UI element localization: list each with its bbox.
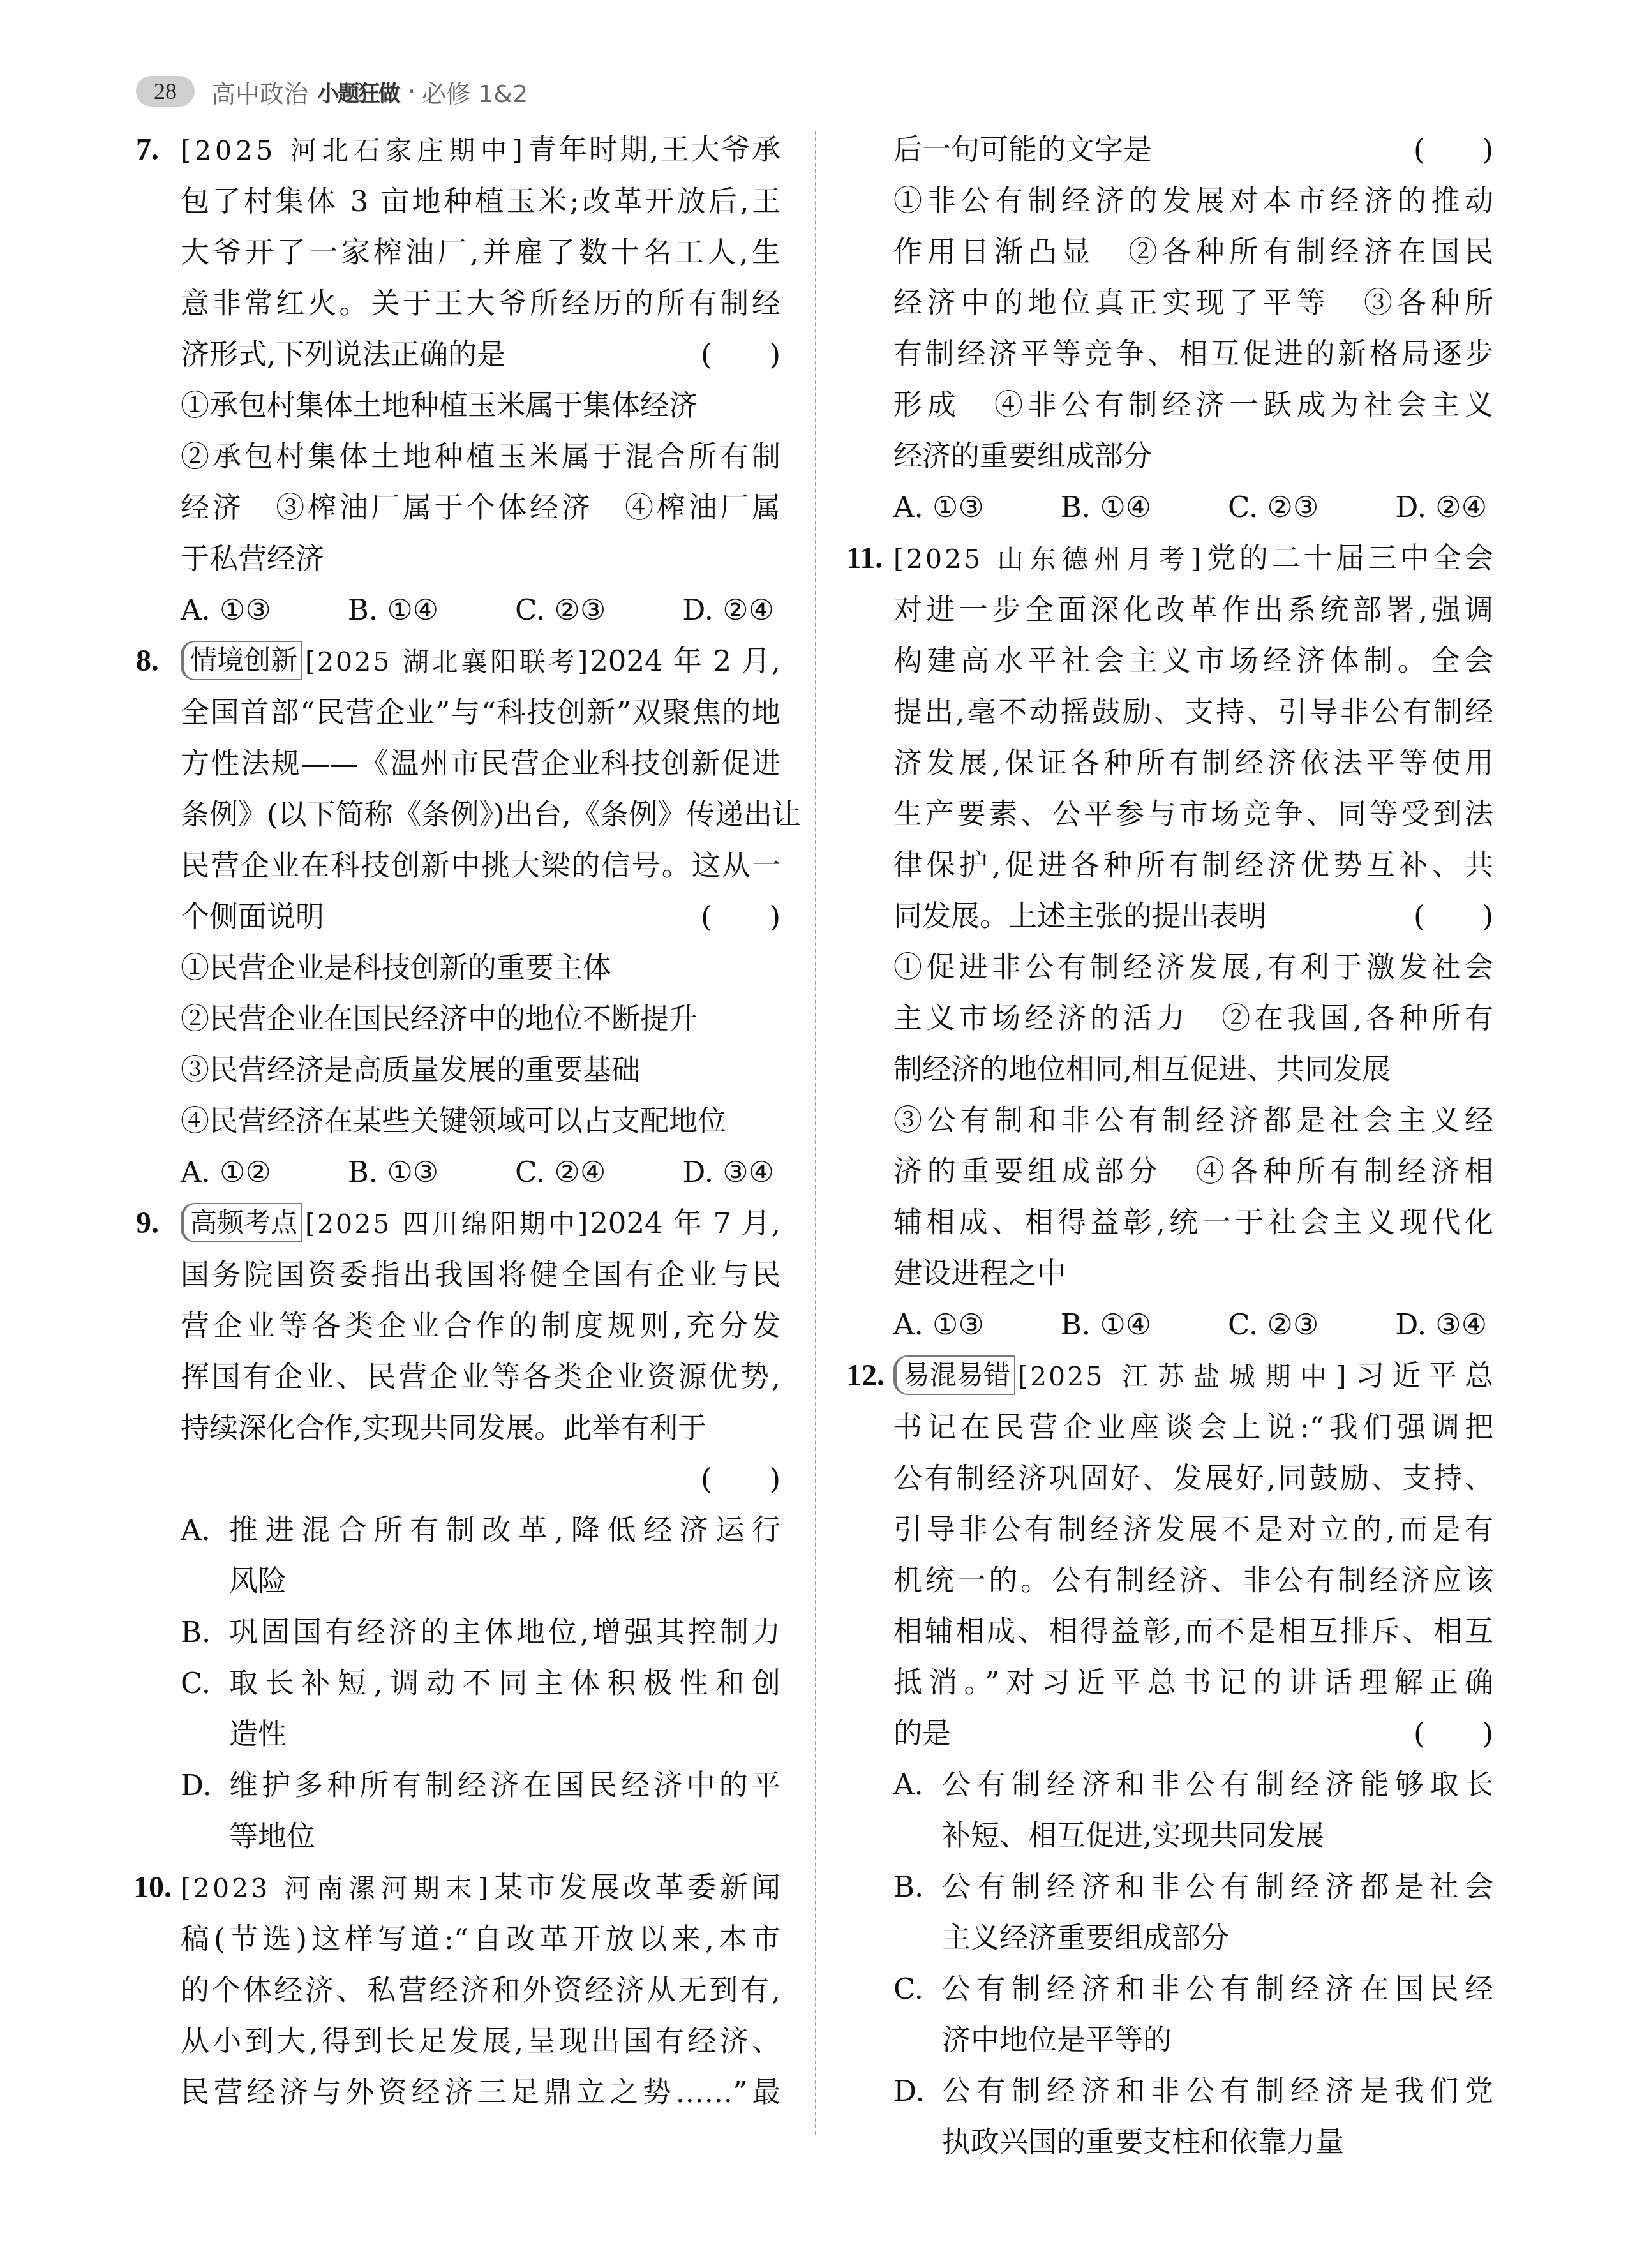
statement-line: 辅相成、相得益彰,统一于社会主义现代化: [893, 1197, 1493, 1248]
stem-line: 意非常红火。关于王大爷所经历的所有制经: [181, 278, 780, 329]
option-text: 济中地位是平等的: [942, 2015, 1493, 2066]
choice-d[interactable]: D. ②④: [1395, 482, 1487, 533]
brand-logo: 小题狂做: [317, 76, 399, 107]
stem-line: 同发展。上述主张的提出表明: [893, 899, 1267, 933]
choice-row: A. ①③ B. ①④ C. ②③ D. ③④: [893, 1299, 1493, 1350]
stem-line: 青年时期,王大爷承: [526, 133, 780, 167]
right-column: 后一句可能的文字是( ) ①非公有制经济的发展对本市经济的推动 作用日渐凸显 ②…: [849, 124, 1493, 2168]
volume-label: 必修 1&2: [422, 74, 528, 109]
question-source: [2025 四川绵阳期中]: [305, 1209, 590, 1239]
option-text: 推进混合所有制改革,降低经济运行: [229, 1505, 780, 1556]
stem-line: 稿(节选)这样写道:“自改革开放以来,本市: [181, 1914, 780, 1965]
page-header: 28 高中政治 小题狂做 · 必修 1&2: [136, 75, 528, 107]
statement-line: ①承包村集体土地种植玉米属于集体经济: [181, 380, 780, 431]
option-letter: B.: [181, 1607, 211, 1658]
stem-line: 习近平总: [1348, 1359, 1494, 1392]
stem-line: 从小到大,得到长足发展,呈现出国有经济、: [181, 2016, 780, 2067]
option-text: 公有制经济和非公有制经济是我们党: [942, 2066, 1493, 2117]
statement-line: ③公有制和非公有制经济都是社会主义经: [893, 1095, 1493, 1146]
statement-line: 建设进程之中: [893, 1248, 1493, 1299]
question-number: 7.: [136, 124, 159, 175]
answer-blank[interactable]: ( ): [701, 329, 780, 380]
statement-line: 有制经济平等竞争、相互促进的新格局逐步: [893, 329, 1493, 380]
stem-line: 2024 年 2 月,: [590, 644, 780, 678]
answer-blank[interactable]: ( ): [1414, 1708, 1493, 1759]
question-10: 10. [2023 河南漯河期末]某市发展改革委新闻 稿(节选)这样写道:“自改…: [136, 1862, 780, 2118]
option-text: 公有制经济和非公有制经济能够取长: [942, 1759, 1493, 1810]
statement-line: ②承包村集体土地种植玉米属于混合所有制: [181, 431, 780, 482]
option-letter: A.: [893, 1759, 923, 1810]
statement-line: 济的重要组成部分 ④各种所有制经济相: [893, 1146, 1493, 1197]
choice-a[interactable]: A. ①③: [181, 585, 271, 636]
option-letter: D.: [893, 2066, 925, 2117]
option-letter: D.: [181, 1760, 212, 1811]
question-number: 10.: [133, 1862, 172, 1913]
statement-line: 经济中的地位真正实现了平等 ③各种所: [893, 278, 1493, 329]
statement-line: ①非公有制经济的发展对本市经济的推动: [893, 175, 1493, 227]
category-badge: 高频考点: [181, 1203, 302, 1242]
running-title: 高中政治 小题狂做 · 必修 1&2: [211, 74, 528, 109]
title-separator: ·: [408, 77, 415, 105]
statement-line: ④民营经济在某些关键领域可以占支配地位: [181, 1096, 780, 1147]
choice-c[interactable]: C. ②④: [515, 1147, 606, 1198]
question-10-continued: 后一句可能的文字是( ) ①非公有制经济的发展对本市经济的推动 作用日渐凸显 ②…: [849, 124, 1493, 533]
option-text: 造性: [229, 1709, 780, 1760]
question-number: 8.: [136, 636, 159, 687]
stem-line: 党的二十届三中全会: [1204, 541, 1493, 575]
option-text: 风险: [229, 1556, 780, 1607]
question-11: 11. [2025 山东德州月考]党的二十届三中全会 对进一步全面深化改革作出系…: [849, 533, 1493, 1350]
statement-line: 制经济的地位相同,相互促进、共同发展: [893, 1044, 1493, 1095]
page-number-badge: 28: [136, 76, 195, 107]
stem-line: 民营企业在科技创新中挑大梁的信号。这从一: [181, 840, 780, 892]
choice-c[interactable]: C. ②③: [1228, 1299, 1318, 1350]
stem-line: 民营经济与外资经济三足鼎立之势……”最: [181, 2067, 780, 2118]
stem-line: 公有制经济巩固好、发展好,同鼓励、支持、: [893, 1453, 1493, 1504]
stem-line: 引导非公有制经济发展不是对立的,而是有: [893, 1504, 1493, 1555]
stem-line: 济发展,保证各种所有制经济依法平等使用: [893, 738, 1493, 789]
option-b[interactable]: B. 公有制经济和非公有制经济都是社会 主义经济重要组成部分: [893, 1861, 1493, 1964]
option-text: 公有制经济和非公有制经济都是社会: [942, 1861, 1493, 1913]
answer-blank[interactable]: ( ): [1414, 124, 1493, 175]
choice-c[interactable]: C. ②③: [515, 585, 606, 636]
stem-line: 挥国有企业、民营企业等各类企业资源优势,: [181, 1352, 780, 1403]
choice-c[interactable]: C. ②③: [1228, 482, 1318, 533]
choice-row: A. ①③ B. ①④ C. ②③ D. ②④: [893, 482, 1493, 533]
option-text: 补短、相互促进,实现共同发展: [942, 1810, 1493, 1861]
stem-line: 某市发展改革委新闻: [491, 1870, 780, 1904]
choice-a[interactable]: A. ①②: [181, 1147, 271, 1198]
category-badge: 易混易错: [893, 1355, 1015, 1395]
question-9: 9. 高频考点[2025 四川绵阳期中]2024 年 7 月, 国务院国资委指出…: [136, 1198, 780, 1862]
stem-line: 机统一的。公有制经济、非公有制经济应该: [893, 1555, 1493, 1606]
choice-a[interactable]: A. ①③: [893, 482, 984, 533]
stem-line: 后一句可能的文字是: [893, 133, 1152, 167]
statement-line: ①促进非公有制经济发展,有利于激发社会: [893, 942, 1493, 993]
statement-line: ①民营企业是科技创新的重要主体: [181, 943, 780, 994]
stem-line: 2024 年 7 月,: [590, 1206, 780, 1240]
statement-line: 主义市场经济的活力 ②在我国,各种所有: [893, 993, 1493, 1044]
stem-line: 大爷开了一家榨油厂,并雇了数十名工人,生: [181, 227, 780, 278]
question-number: 12.: [846, 1350, 885, 1401]
stem-line: 律保护,促进各种所有制经济优势互补、共: [893, 840, 1493, 891]
answer-blank[interactable]: ( ): [701, 892, 780, 943]
question-number: 9.: [136, 1198, 159, 1249]
choice-b[interactable]: B. ①④: [1061, 482, 1151, 533]
question-12: 12. 易混易错[2025 江苏盐城期中]习近平总 书记在民营企业座谈会上说:“…: [849, 1350, 1493, 2168]
choice-b[interactable]: B. ①③: [348, 1147, 438, 1198]
option-d[interactable]: D. 维护多种所有制经济在国民经济中的平 等地位: [181, 1760, 780, 1862]
statement-line: ②民营企业在国民经济中的地位不断提升: [181, 994, 780, 1045]
stem-line: 方性法规——《温州市民营企业科技创新促进: [181, 738, 780, 789]
subject-label: 高中政治: [211, 74, 308, 109]
option-d[interactable]: D. 公有制经济和非公有制经济是我们党 执政兴国的重要支柱和依靠力量: [893, 2066, 1493, 2168]
statement-line: 形成 ④非公有制经济一跃成为社会主义: [893, 380, 1493, 431]
stem-line: 生产要素、公平参与市场竞争、同等受到法: [893, 789, 1493, 840]
option-letter: C.: [893, 1964, 923, 2015]
choice-d[interactable]: D. ②④: [682, 585, 774, 636]
stem-line: 包了村集体 3 亩地种植玉米;改革开放后,王: [181, 176, 780, 227]
stem-line: 书记在民营企业座谈会上说:“我们强调把: [893, 1402, 1493, 1453]
statement-line: 经济 ③榨油厂属于个体经济 ④榨油厂属: [181, 482, 780, 533]
option-letter: C.: [181, 1658, 211, 1709]
choice-d[interactable]: D. ③④: [682, 1147, 774, 1198]
option-letter: B.: [893, 1861, 923, 1913]
stem-line: 国务院国资委指出我国将健全国有企业与民: [181, 1250, 780, 1301]
stem-line: 持续深化合作,实现共同发展。此举有利于: [181, 1403, 780, 1454]
stem-line: 营企业等各类企业合作的制度规则,充分发: [181, 1301, 780, 1352]
answer-blank[interactable]: ( ): [701, 1454, 780, 1505]
choice-d[interactable]: D. ③④: [1395, 1299, 1487, 1350]
question-number: 11.: [846, 533, 883, 584]
option-text: 公有制经济和非公有制经济在国民经: [942, 1964, 1493, 2015]
option-a[interactable]: A. 公有制经济和非公有制经济能够取长 补短、相互促进,实现共同发展: [893, 1759, 1493, 1861]
statement-line: ③民营经济是高质量发展的重要基础: [181, 1045, 780, 1096]
left-column: 7. [2025 河北石家庄期中]青年时期,王大爷承 包了村集体 3 亩地种植玉…: [136, 124, 780, 2118]
stem-line: 济形式,下列说法正确的是: [181, 338, 505, 371]
statement-line: 经济的重要组成部分: [893, 431, 1493, 482]
stem-line: 的是: [893, 1717, 951, 1750]
question-7: 7. [2025 河北石家庄期中]青年时期,王大爷承 包了村集体 3 亩地种植玉…: [136, 124, 780, 636]
choice-a[interactable]: A. ①③: [893, 1299, 984, 1350]
question-source: [2023 河南漯河期末]: [181, 1873, 491, 1904]
stem-line: 对进一步全面深化改革作出系统部署,强调: [893, 585, 1493, 636]
question-source: [2025 湖北襄阳联考]: [305, 646, 590, 677]
option-text: 执政兴国的重要支柱和依靠力量: [942, 2117, 1493, 2168]
choice-row: A. ①③ B. ①④ C. ②③ D. ②④: [181, 585, 780, 636]
stem-line: 条例》(以下简称《条例》)出台,《条例》传递出让: [181, 789, 780, 840]
choice-row: A. ①② B. ①③ C. ②④ D. ③④: [181, 1147, 780, 1198]
option-c[interactable]: C. 取长补短,调动不同主体积极性和创 造性: [181, 1658, 780, 1760]
stem-line: 全国首部“民营企业”与“科技创新”双聚焦的地: [181, 687, 780, 738]
option-text: 等地位: [229, 1811, 780, 1862]
option-text: 巩固国有经济的主体地位,增强其控制力: [229, 1607, 780, 1658]
option-c[interactable]: C. 公有制经济和非公有制经济在国民经 济中地位是平等的: [893, 1964, 1493, 2066]
stem-line: 提出,毫不动摇鼓励、支持、引导非公有制经: [893, 687, 1493, 738]
question-source: [2025 河北石家庄期中]: [181, 135, 526, 166]
answer-blank[interactable]: ( ): [1414, 891, 1493, 942]
column-divider: [815, 131, 816, 2135]
choice-b[interactable]: B. ①④: [1061, 1299, 1151, 1350]
question-8: 8. 情境创新[2025 湖北襄阳联考]2024 年 2 月, 全国首部“民营企…: [136, 636, 780, 1198]
option-b[interactable]: B. 巩固国有经济的主体地位,增强其控制力: [181, 1607, 780, 1658]
stem-line: 的个体经济、私营经济和外资经济从无到有,: [181, 1965, 780, 2016]
option-text: 主义经济重要组成部分: [942, 1913, 1493, 1964]
choice-b[interactable]: B. ①④: [348, 585, 438, 636]
option-text: 取长补短,调动不同主体积极性和创: [229, 1658, 780, 1709]
statement-line: 于私营经济: [181, 533, 780, 585]
stem-line: 个侧面说明: [181, 900, 324, 934]
stem-line: 相辅相成、相得益彰,而不是相互排斥、相互: [893, 1606, 1493, 1657]
option-text: 维护多种所有制经济在国民经济中的平: [229, 1760, 780, 1811]
option-a[interactable]: A. 推进混合所有制改革,降低经济运行 风险: [181, 1505, 780, 1607]
option-letter: A.: [181, 1505, 211, 1556]
stem-line: 构建高水平社会主义市场经济体制。全会: [893, 636, 1493, 687]
stem-line: 抵消。”对习近平总书记的讲话理解正确: [893, 1657, 1493, 1708]
statement-line: 作用日渐凸显 ②各种所有制经济在国民: [893, 227, 1493, 278]
category-badge: 情境创新: [181, 641, 302, 680]
question-source: [2025 江苏盐城期中]: [1018, 1361, 1348, 1392]
question-source: [2025 山东德州月考]: [893, 544, 1204, 574]
